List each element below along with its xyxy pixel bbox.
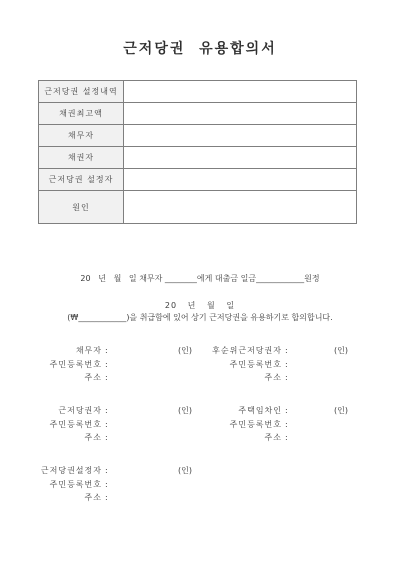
colon: : — [105, 406, 108, 415]
signature-id-line: 주민등록번호: — [212, 358, 348, 372]
signature-name-label: 근저당권자 — [40, 405, 102, 416]
signature-address-line: 주소: — [212, 371, 348, 385]
seal-mark: (인) — [178, 405, 192, 416]
colon: : — [285, 346, 288, 355]
colon: : — [285, 373, 288, 382]
row-label-debtor: 채무자 — [39, 125, 124, 147]
table-row: 채무자 — [39, 125, 357, 147]
table-row: 채권최고액 — [39, 103, 357, 125]
signature-name-line: 후순위근저당권자: (인) — [212, 344, 348, 358]
signature-block-debtor: 채무자: (인) 주민등록번호: 주소: — [40, 344, 192, 385]
table-row: 근저당권 설정자 — [39, 169, 357, 191]
row-value-cause[interactable] — [124, 191, 357, 224]
resident-id-label: 주민등록번호 — [40, 479, 102, 490]
address-label: 주소 — [40, 372, 102, 383]
colon: : — [105, 433, 108, 442]
row-label-mortgage-details: 근저당권 설정내역 — [39, 81, 124, 103]
address-label: 주소 — [212, 372, 282, 383]
address-label: 주소 — [40, 432, 102, 443]
row-label-creditor: 채권자 — [39, 147, 124, 169]
seal-mark: (인) — [334, 405, 348, 416]
signature-name-line: 채무자: (인) — [40, 344, 192, 358]
signature-id-line: 주민등록번호: — [40, 478, 192, 492]
signature-block-mortgage-settlor: 근저당권설정자: (인) 주민등록번호: 주소: — [40, 464, 192, 505]
page-title: 근저당권 유용합의서 — [0, 38, 400, 58]
colon: : — [105, 420, 108, 429]
signature-id-line: 주민등록번호: — [212, 418, 348, 432]
colon: : — [105, 493, 108, 502]
colon: : — [105, 360, 108, 369]
table-row: 근저당권 설정내역 — [39, 81, 357, 103]
agreement-line-1: 20 년 월 일 채무자 ________에게 대출금 일금__________… — [30, 272, 370, 285]
row-label-mortgagor: 근저당권 설정자 — [39, 169, 124, 191]
mortgage-detail-table: 근저당권 설정내역 채권최고액 채무자 채권자 근저당권 설정자 원인 — [38, 80, 357, 224]
colon: : — [105, 346, 108, 355]
address-label: 주소 — [40, 492, 102, 503]
row-label-cause: 원인 — [39, 191, 124, 224]
row-value-max-claim-amount[interactable] — [124, 103, 357, 125]
colon: : — [285, 406, 288, 415]
signature-block-mortgagee: 근저당권자: (인) 주민등록번호: 주소: — [40, 404, 192, 445]
row-label-max-claim-amount: 채권최고액 — [39, 103, 124, 125]
row-value-creditor[interactable] — [124, 147, 357, 169]
signature-id-line: 주민등록번호: — [40, 418, 192, 432]
signature-name-label: 채무자 — [40, 345, 102, 356]
signature-block-junior-mortgagee: 후순위근저당권자: (인) 주민등록번호: 주소: — [212, 344, 348, 385]
resident-id-label: 주민등록번호 — [212, 419, 282, 430]
signature-address-line: 주소: — [40, 491, 192, 505]
colon: : — [105, 373, 108, 382]
table-row: 원인 — [39, 191, 357, 224]
colon: : — [105, 480, 108, 489]
colon: : — [285, 433, 288, 442]
row-value-mortgagor[interactable] — [124, 169, 357, 191]
colon: : — [105, 466, 108, 475]
seal-mark: (인) — [334, 345, 348, 356]
signature-address-line: 주소: — [40, 431, 192, 445]
signature-name-label: 주택임차인 — [212, 405, 282, 416]
row-value-debtor[interactable] — [124, 125, 357, 147]
signature-name-label: 후순위근저당권자 — [212, 345, 282, 356]
row-value-mortgage-details[interactable] — [124, 81, 357, 103]
signature-name-line: 주택임차인: (인) — [212, 404, 348, 418]
signature-address-line: 주소: — [40, 371, 192, 385]
table-row: 채권자 — [39, 147, 357, 169]
seal-mark: (인) — [178, 465, 192, 476]
agreement-paragraph: 20 년 월 일 채무자 ________에게 대출금 일금__________… — [30, 246, 370, 350]
colon: : — [285, 420, 288, 429]
document-page: 근저당권 유용합의서 근저당권 설정내역 채권최고액 채무자 채권자 근저당권 … — [0, 0, 400, 565]
signature-name-line: 근저당권설정자: (인) — [40, 464, 192, 478]
resident-id-label: 주민등록번호 — [40, 359, 102, 370]
resident-id-label: 주민등록번호 — [212, 359, 282, 370]
signature-name-line: 근저당권자: (인) — [40, 404, 192, 418]
colon: : — [285, 360, 288, 369]
agreement-line-2: (₩____________)을 취급함에 있어 상기 근저당권을 유용하기로 … — [30, 311, 370, 324]
resident-id-label: 주민등록번호 — [40, 419, 102, 430]
date-line: 20 년 월 일 — [0, 300, 400, 311]
address-label: 주소 — [212, 432, 282, 443]
signature-name-label: 근저당권설정자 — [40, 465, 102, 476]
signature-address-line: 주소: — [212, 431, 348, 445]
seal-mark: (인) — [178, 345, 192, 356]
signature-block-housing-tenant: 주택임차인: (인) 주민등록번호: 주소: — [212, 404, 348, 445]
signature-id-line: 주민등록번호: — [40, 358, 192, 372]
